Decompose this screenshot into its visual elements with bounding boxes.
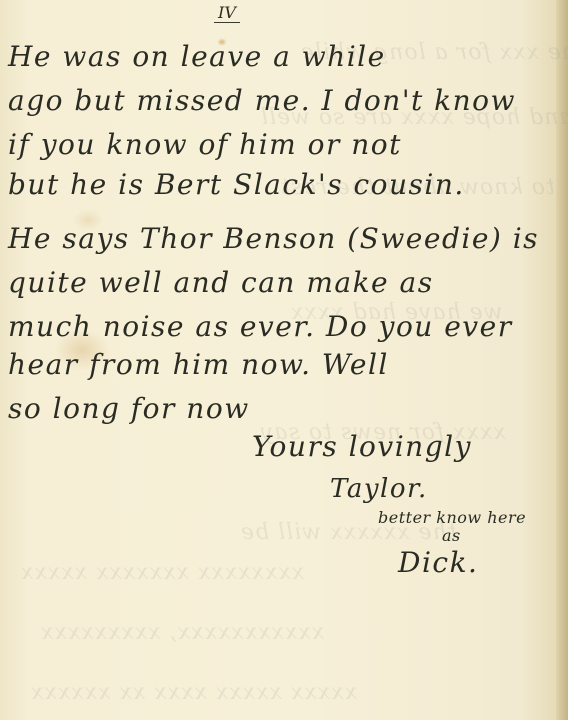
letter-line-7: much noise as ever. Do you ever xyxy=(8,310,513,343)
letter-line-2: ago but missed me. I don't know xyxy=(8,84,516,117)
letter-line-1: He was on leave a while xyxy=(8,40,386,73)
letter-line-3: if you know of him or not xyxy=(8,128,402,161)
signature: Taylor. xyxy=(330,474,428,504)
page-number: IV xyxy=(214,4,240,23)
letter-line-5: He says Thor Benson (Sweedie) is xyxy=(8,222,539,255)
closing: Yours lovingly xyxy=(252,430,472,463)
letter-line-4: but he is Bert Slack's cousin. xyxy=(8,168,465,201)
signature-note: better know here xyxy=(378,508,526,527)
letter-line-9: so long for now xyxy=(8,392,250,425)
nickname: Dick. xyxy=(398,546,478,579)
letter-page: gone xxx for a long while and hope xxxx … xyxy=(0,0,568,720)
page-edge xyxy=(556,0,568,720)
letter-line-8: hear from him now. Well xyxy=(8,348,389,381)
letter-line-6: quite well and can make as xyxy=(8,266,434,299)
signature-note-as: as xyxy=(442,526,461,545)
